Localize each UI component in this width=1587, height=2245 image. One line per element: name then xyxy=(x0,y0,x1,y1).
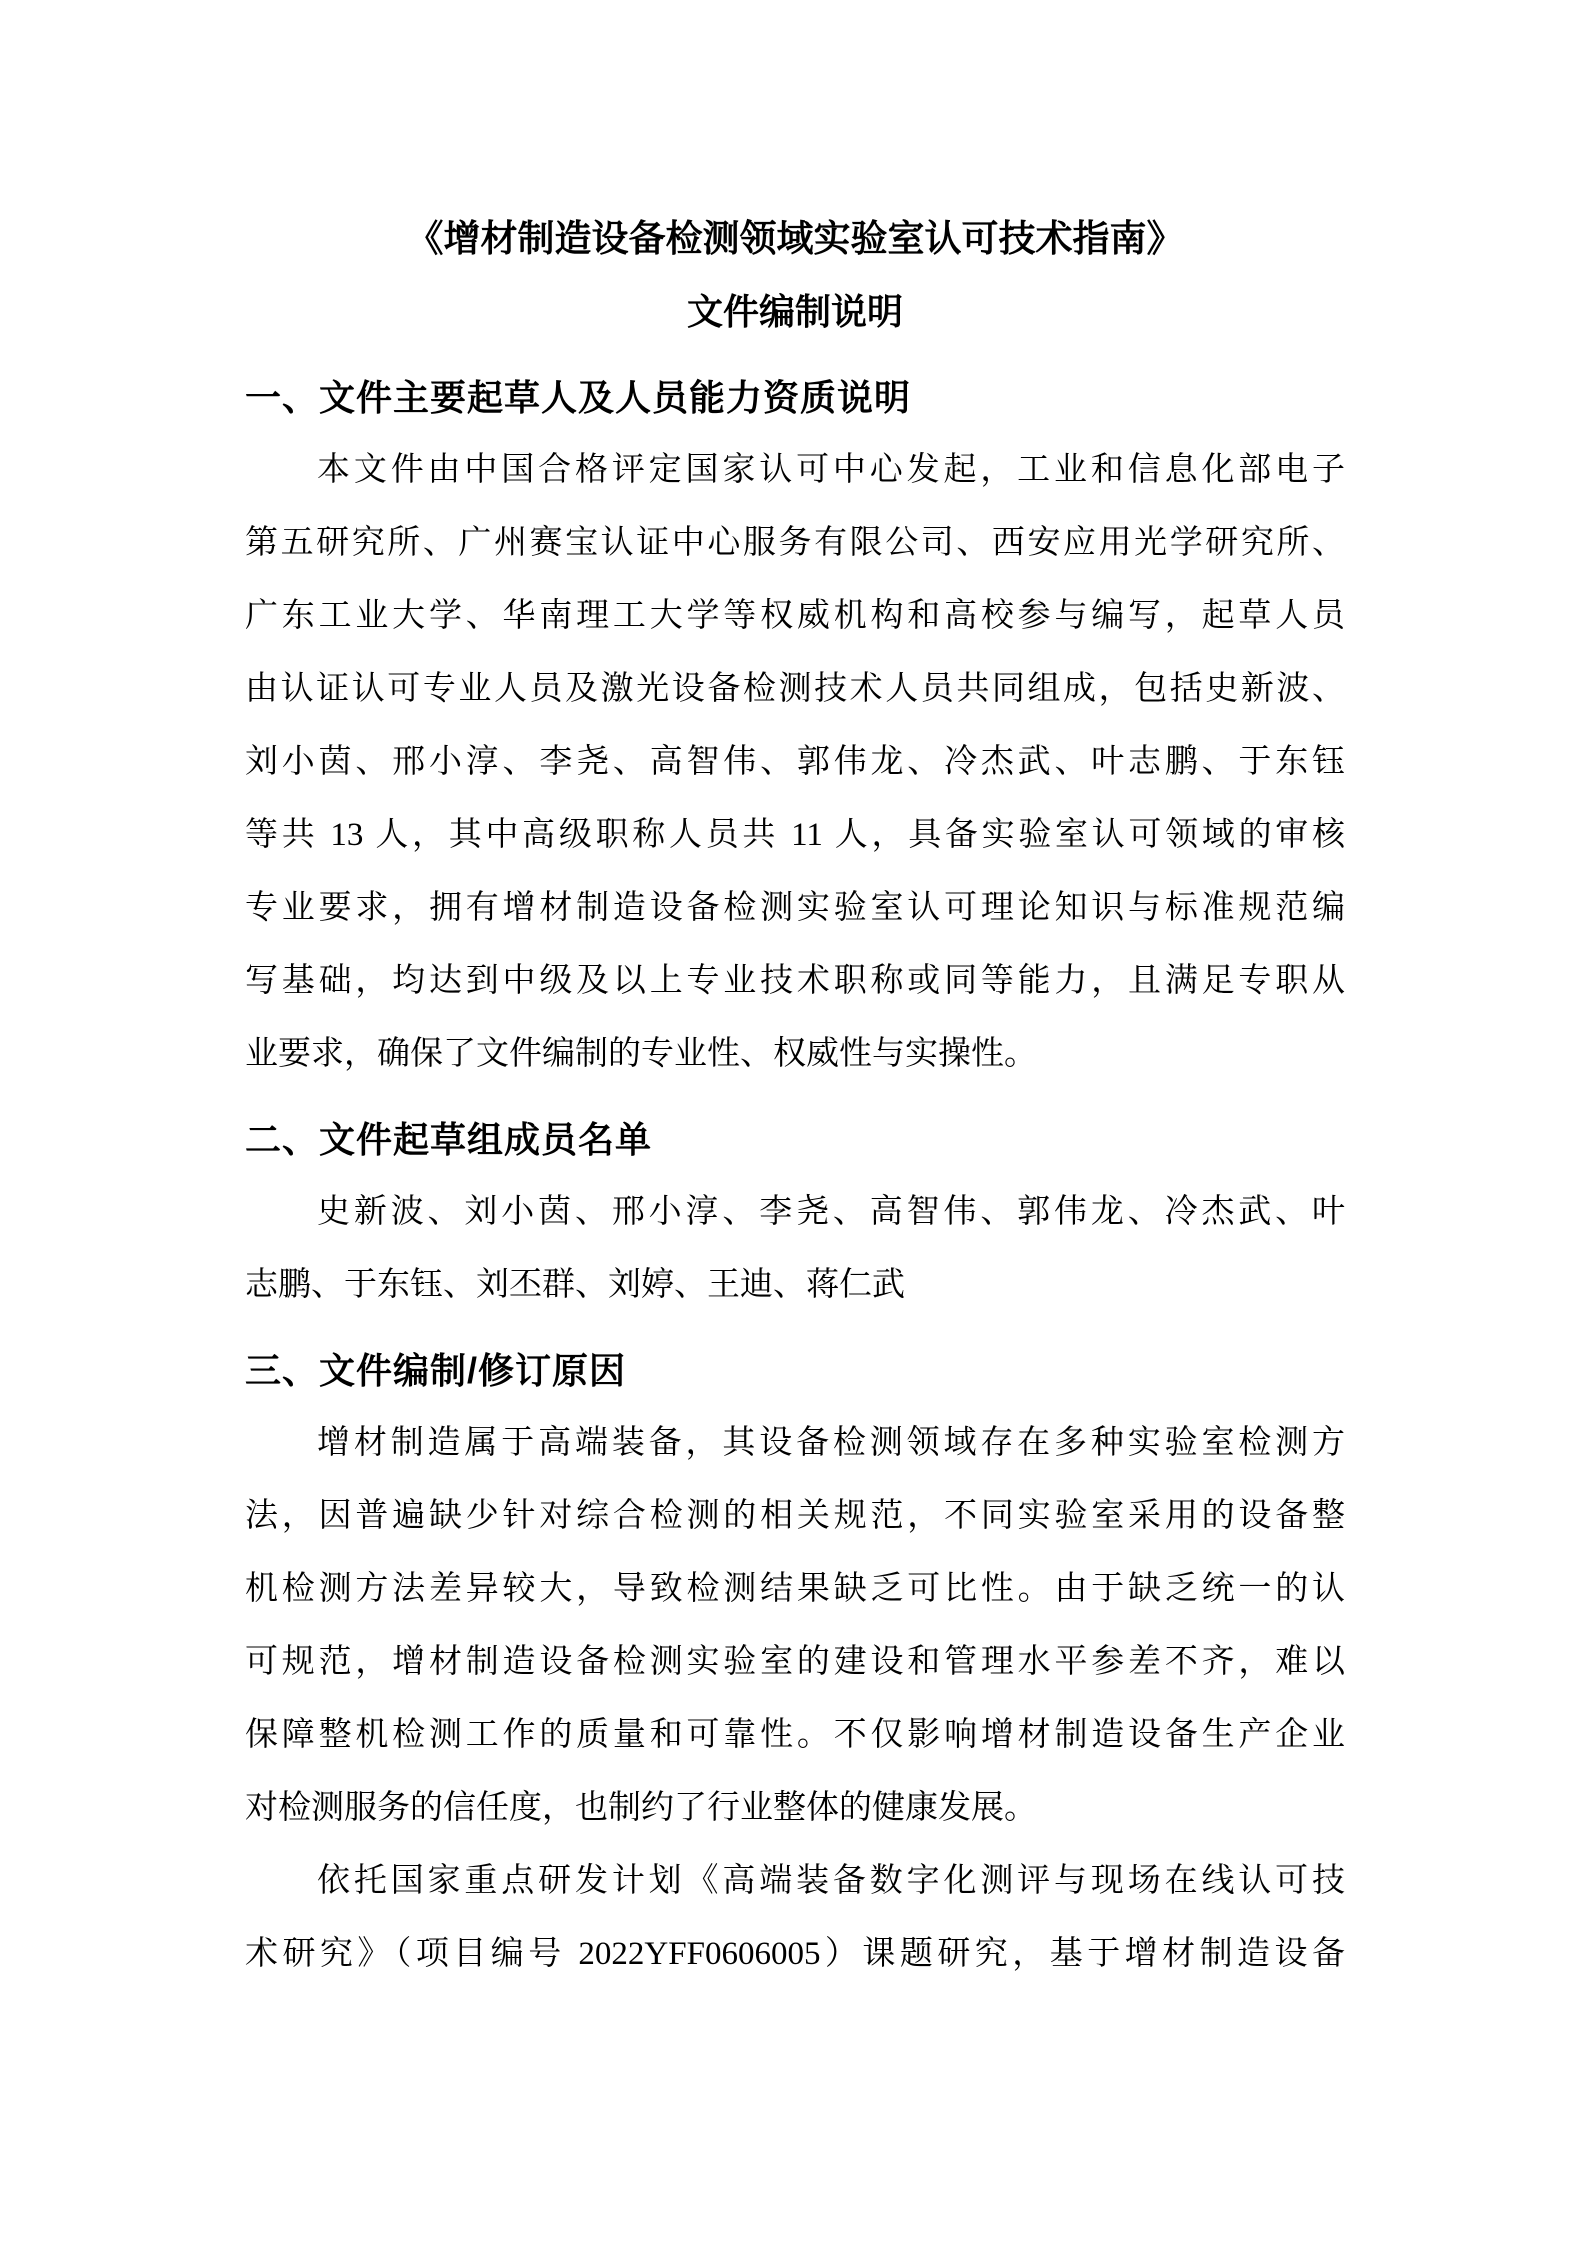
document-page: 《增材制造设备检测领域实验室认可技术指南》 文件编制说明 一、文件主要起草人及人… xyxy=(0,0,1587,2245)
document-sections: 一、文件主要起草人及人员能力资质说明本文件由中国合格评定国家认可中心发起，工业和… xyxy=(245,361,1345,1991)
text-line: 保障整机检测工作的质量和可靠性。不仅影响增材制造设备生产企业 xyxy=(245,1699,1345,1772)
text-line: 增材制造属于高端装备，其设备检测领域存在多种实验室检测方 xyxy=(245,1407,1345,1480)
paragraph: 增材制造属于高端装备，其设备检测领域存在多种实验室检测方法，因普遍缺少针对综合检… xyxy=(245,1407,1345,1845)
text-line: 广东工业大学、华南理工大学等权威机构和高校参与编写，起草人员 xyxy=(245,580,1345,653)
section-heading: 二、文件起草组成员名单 xyxy=(245,1103,1345,1176)
document-section: 一、文件主要起草人及人员能力资质说明本文件由中国合格评定国家认可中心发起，工业和… xyxy=(245,361,1345,1091)
text-line: 可规范，增材制造设备检测实验室的建设和管理水平参差不齐，难以 xyxy=(245,1626,1345,1699)
document-subtitle: 文件编制说明 xyxy=(245,276,1345,349)
section-heading: 一、文件主要起草人及人员能力资质说明 xyxy=(245,361,1345,434)
text-line: 机检测方法差异较大，导致检测结果缺乏可比性。由于缺乏统一的认 xyxy=(245,1553,1345,1626)
document-section: 二、文件起草组成员名单史新波、刘小茵、邢小淳、李尧、高智伟、郭伟龙、冷杰武、叶志… xyxy=(245,1103,1345,1322)
text-line: 刘小茵、邢小淳、李尧、高智伟、郭伟龙、冷杰武、叶志鹏、于东钰 xyxy=(245,726,1345,799)
text-line: 法，因普遍缺少针对综合检测的相关规范，不同实验室采用的设备整 xyxy=(245,1480,1345,1553)
text-line: 对检测服务的信任度，也制约了行业整体的健康发展。 xyxy=(245,1772,1345,1845)
section-heading: 三、文件编制/修订原因 xyxy=(245,1334,1345,1407)
paragraph: 依托国家重点研发计划《高端装备数字化测评与现场在线认可技术研究》（项目编号 20… xyxy=(245,1845,1345,1991)
text-line: 本文件由中国合格评定国家认可中心发起，工业和信息化部电子 xyxy=(245,434,1345,507)
text-line: 志鹏、于东钰、刘丕群、刘婷、王迪、蒋仁武 xyxy=(245,1249,1345,1322)
text-line: 由认证认可专业人员及激光设备检测技术人员共同组成，包括史新波、 xyxy=(245,653,1345,726)
text-line: 等共 13 人，其中高级职称人员共 11 人，具备实验室认可领域的审核 xyxy=(245,799,1345,872)
document-title: 《增材制造设备检测领域实验室认可技术指南》 xyxy=(245,203,1345,276)
document-content: 《增材制造设备检测领域实验室认可技术指南》 文件编制说明 一、文件主要起草人及人… xyxy=(245,203,1345,1991)
text-line: 写基础，均达到中级及以上专业技术职称或同等能力，且满足专职从 xyxy=(245,945,1345,1018)
paragraph: 本文件由中国合格评定国家认可中心发起，工业和信息化部电子第五研究所、广州赛宝认证… xyxy=(245,434,1345,1091)
text-line: 依托国家重点研发计划《高端装备数字化测评与现场在线认可技 xyxy=(245,1845,1345,1918)
text-line: 专业要求，拥有增材制造设备检测实验室认可理论知识与标准规范编 xyxy=(245,872,1345,945)
text-line: 史新波、刘小茵、邢小淳、李尧、高智伟、郭伟龙、冷杰武、叶 xyxy=(245,1176,1345,1249)
text-line: 第五研究所、广州赛宝认证中心服务有限公司、西安应用光学研究所、 xyxy=(245,507,1345,580)
document-section: 三、文件编制/修订原因增材制造属于高端装备，其设备检测领域存在多种实验室检测方法… xyxy=(245,1334,1345,1991)
text-line: 业要求，确保了文件编制的专业性、权威性与实操性。 xyxy=(245,1018,1345,1091)
text-line: 术研究》（项目编号 2022YFF0606005）课题研究，基于增材制造设备 xyxy=(245,1918,1345,1991)
paragraph: 史新波、刘小茵、邢小淳、李尧、高智伟、郭伟龙、冷杰武、叶志鹏、于东钰、刘丕群、刘… xyxy=(245,1176,1345,1322)
